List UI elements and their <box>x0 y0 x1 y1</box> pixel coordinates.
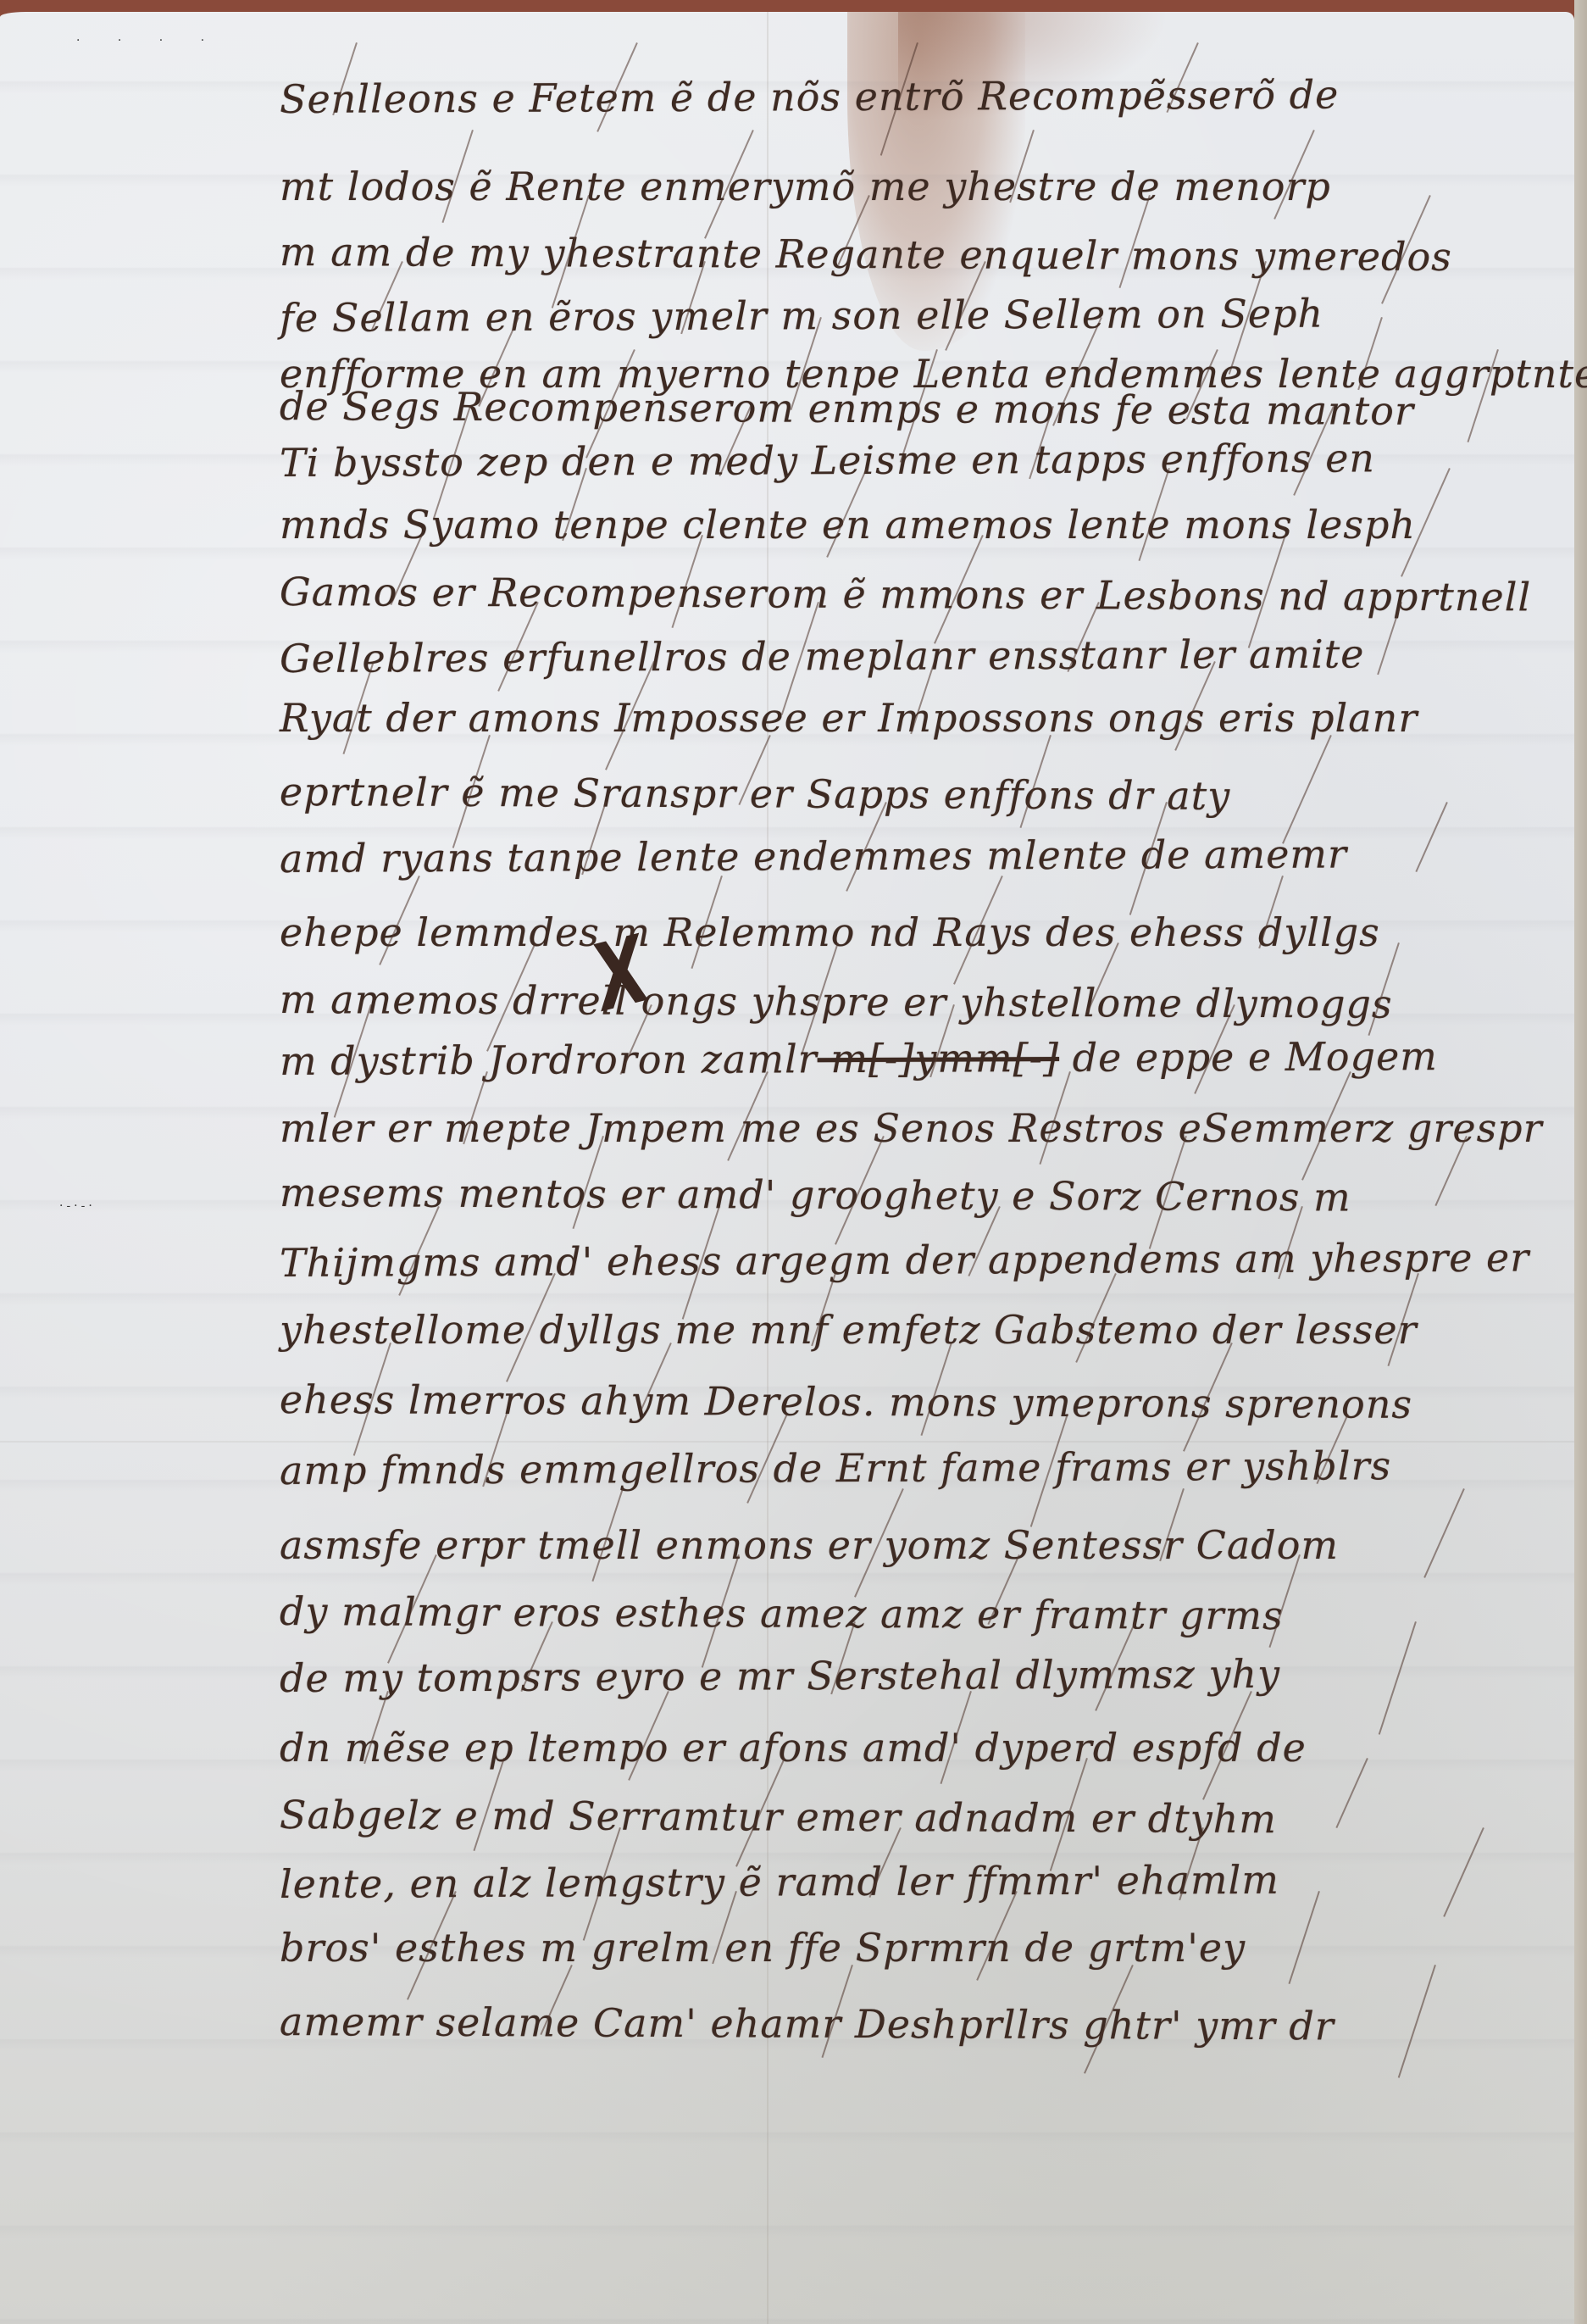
manuscript-line: Gamos er Recompenserom ẽ mmons er Lesbon… <box>280 569 1551 620</box>
manuscript-line: amp fmnds emmgellros de Ernt fame frams … <box>280 1442 1551 1493</box>
manuscript-line: asmsfe erpr tmell enmons er yomz Sentess… <box>280 1522 1551 1568</box>
manuscript-text: Senlleons e Fetem ẽ de nõs entrõ Recompẽ… <box>0 0 1587 2324</box>
manuscript-line: mesems mentos er amd' grooghety e Sorz C… <box>280 1170 1551 1221</box>
manuscript-line: m am de my yhestrante Regante enquelr mo… <box>280 229 1551 281</box>
manuscript-line: fe Sellam en ẽros ymelr m son elle Selle… <box>280 289 1551 341</box>
manuscript-line: Sabgelz e md Serramtur emer adnadm er dt… <box>280 1792 1551 1843</box>
manuscript-line: bros' esthes m grelm en ffe Sprmrn de gr… <box>280 1925 1551 1971</box>
manuscript-line: yhestellome dyllgs me mnf emfetz Gabstem… <box>280 1307 1551 1353</box>
manuscript-line: ehess lmerros ahym Derelos. mons ymepron… <box>280 1376 1551 1428</box>
manuscript-line: ehepe lemmdes m Relemmo nd Rays des ehes… <box>280 909 1551 955</box>
manuscript-line: mler er mepte Jmpem me es Senos Restros … <box>280 1105 1551 1151</box>
manuscript-line: lente, en alz lemgstry ẽ ramd ler ffmmr'… <box>280 1855 1551 1907</box>
manuscript-line: Thijmgms amd' ehess argegm der appendems… <box>280 1234 1551 1286</box>
manuscript-line: dn mẽse ep ltempo er afons amd' dyperd e… <box>280 1725 1551 1771</box>
manuscript-line: de my tompsrs eyro e mr Serstehal dlymms… <box>280 1649 1551 1701</box>
manuscript-line: Senlleons e Fetem ẽ de nõs entrõ Recompẽ… <box>280 70 1551 122</box>
manuscript-line: amd ryans tanpe lente endemmes mlente de… <box>280 830 1551 881</box>
manuscript-line: amemr selame Cam' ehamr Deshprllrs ghtr'… <box>280 1999 1551 2050</box>
manuscript-line: m amemos drrell ongs yhspre er yhstellom… <box>280 976 1551 1028</box>
manuscript-line: m dystrib Jordroron zamlr m[-]ymm[-] de … <box>280 1032 1551 1084</box>
manuscript-line: Gelleblres erfunellros de meplanr enssta… <box>280 630 1551 681</box>
struck-out-word: m[-]ymm[-] <box>818 1035 1060 1081</box>
manuscript-line: Ti byssto zep den e medy Leisme en tapps… <box>280 434 1551 486</box>
manuscript-line: mnds Syamo tenpe clente en amemos lente … <box>280 502 1551 548</box>
manuscript-line: mt lodos ẽ Rente enmerymõ me yhestre de … <box>280 164 1551 209</box>
manuscript-line: dy malmgr eros esthes amez amz er framtr… <box>280 1588 1551 1640</box>
